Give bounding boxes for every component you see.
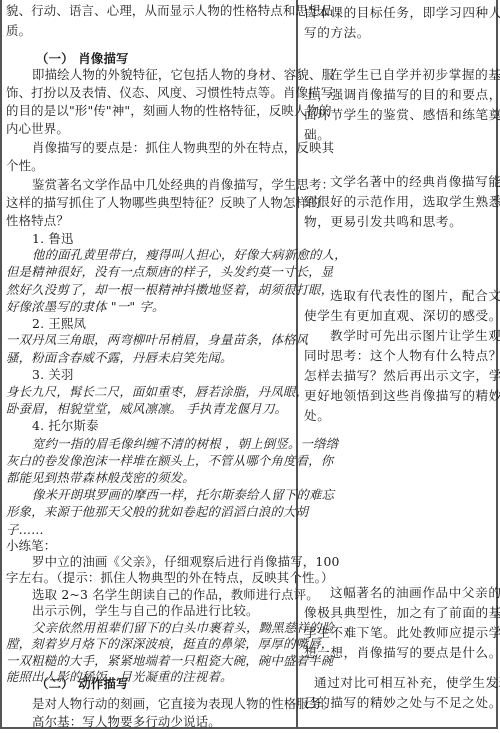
sample-text: 膛，刻着岁月烙下的深深波痕，挺直的鼻梁，厚厚的嘴唇，	[6, 635, 333, 653]
note-line: 教学时可先出示图片让学生观察，	[304, 326, 500, 346]
appreciation-line: 这样的描写抓住了人物哪些典型特征？反映了人物怎样的	[6, 194, 321, 212]
note-line: 学生不难下笔。此处教师应提示学生：	[304, 623, 500, 643]
example-text: 都能见到热带森林般茂密的须发。	[6, 469, 195, 487]
note-line: 处。	[304, 406, 330, 426]
example-text: 但是精神很好，没有一点颓唐的样子，头发约莫一寸长，显	[6, 263, 333, 281]
note-line: 到很好的示范作用，选取学生熟悉的人	[304, 192, 500, 212]
note-line: 使学生有更加直观、深切的感受。	[304, 306, 500, 326]
note-line: 同时思考：这个人物有什么特点？应该	[304, 346, 500, 366]
definition-line: 即描绘人物的外貌特征，它包括人物的身材、容貌、服	[6, 66, 334, 84]
note-line: 通过对比可相互补充，使学生发现自	[314, 673, 500, 693]
appreciation-line: 性格特点？	[6, 212, 69, 230]
example-text: 宽约一指的眉毛像纠缠不清的树根 ，朝上倒竖。一绺绺	[6, 435, 338, 453]
note-line: 更好地领悟到这些肖像描写的精妙之	[304, 386, 500, 406]
example-title: 3. 关羽	[6, 366, 74, 384]
example-text: 一双丹凤三角眼，两弯柳叶吊梢眉，身量苗条，体格风	[6, 331, 308, 349]
key-points-line: 肖像描写的要点是：抓住人物典型的外在特点，反映其	[6, 139, 334, 157]
note-line: 上，强调肖像描写的目的和要点，为下	[304, 85, 500, 105]
example-text: 灰白的卷发像泡沫一样堆在额头上，不管从哪个角度看，你	[6, 452, 333, 470]
example-text: 像米开朗琪罗画的摩西一样，托尔斯泰给人留下的难忘	[6, 486, 334, 504]
note-line: 这幅著名的油画作品中父亲的肖	[304, 583, 500, 603]
example-text: 骚，粉面含春威不露，丹唇未启笑先闻。	[6, 349, 233, 367]
action-description-line: 高尔基：写人物要多行动少说话。	[6, 713, 221, 731]
definition-line: 的目的是以"形"传"神"，刻画人物的性格特征，反映人物的	[6, 102, 332, 120]
example-text: 然好久没剪了，却一根一根精神抖擞地竖着，胡须很打眼，	[6, 281, 333, 299]
practice-line: 出示示例，学生与自己的作品进行比较。	[6, 602, 259, 620]
section-heading-action: （二） 动作描写	[36, 675, 129, 693]
note-line: 物，更易引发共鸣和思考。	[304, 212, 462, 232]
example-text: 卧蚕眉，相貌堂堂，威风凛凛。 手执青龙偃月刀。	[6, 400, 287, 418]
example-text: 好像浓墨写的隶体 "一" 字。	[6, 298, 165, 316]
note-line: 怎样去描写？然后再出示文字，学生会	[304, 366, 500, 386]
note-line: 选取有代表性的图片，配合文字，	[304, 286, 500, 306]
intro-line: 质。	[6, 22, 31, 40]
note-line: 想一想，肖像描写的要点是什么。	[304, 643, 500, 663]
definition-line: 内心世界。	[6, 120, 69, 138]
note-line: 像极具典型性，加之有了前面的基础，	[304, 603, 500, 623]
note-line: 础。	[304, 125, 330, 145]
intro-line: 貌、行动、语言、心理，从而显示人物的性格特点和思想品	[6, 2, 333, 20]
example-text: 他的面孔黄里带白，瘦得叫人担心，好像大病新愈的人，	[6, 246, 347, 264]
example-title: 4. 托尔斯泰	[6, 417, 99, 435]
action-description-line: 是对人物行动的刻画，它直接为表现人物的性格服务。	[6, 695, 334, 713]
note-line: 己的描写的精妙之处与不足之处。	[304, 693, 500, 713]
appreciation-line: 鉴赏著名文学作品中几处经典的肖像描写，学生思考：	[6, 176, 334, 194]
note-line: 写的方法。	[304, 23, 370, 43]
key-points-line: 个性。	[6, 157, 44, 175]
example-text: 形象，来源于他那天父般的犹如卷起的滔滔白浪的大胡	[6, 503, 308, 521]
definition-line: 饰、打扮以及表情、仪态、风度、习惯性特点等。肖像描写	[6, 84, 333, 102]
note-line: 面环节学生的鉴赏、感悟和练笔奠定基	[304, 105, 500, 125]
note-line: 文学名著中的经典肖像描写能起	[304, 172, 500, 192]
example-text: 身长九尺，髯长二尺，面如重枣，唇若涂脂，丹凤眼，	[6, 383, 308, 401]
note-line: 白本课的目标任务，即学习四种人物描	[304, 3, 500, 23]
note-line: 在学生已自学并初步掌握的基础	[304, 65, 500, 85]
practice-line: 字左右。（提示：抓住人物典型的外在特点，反映其个性。）	[6, 569, 334, 587]
